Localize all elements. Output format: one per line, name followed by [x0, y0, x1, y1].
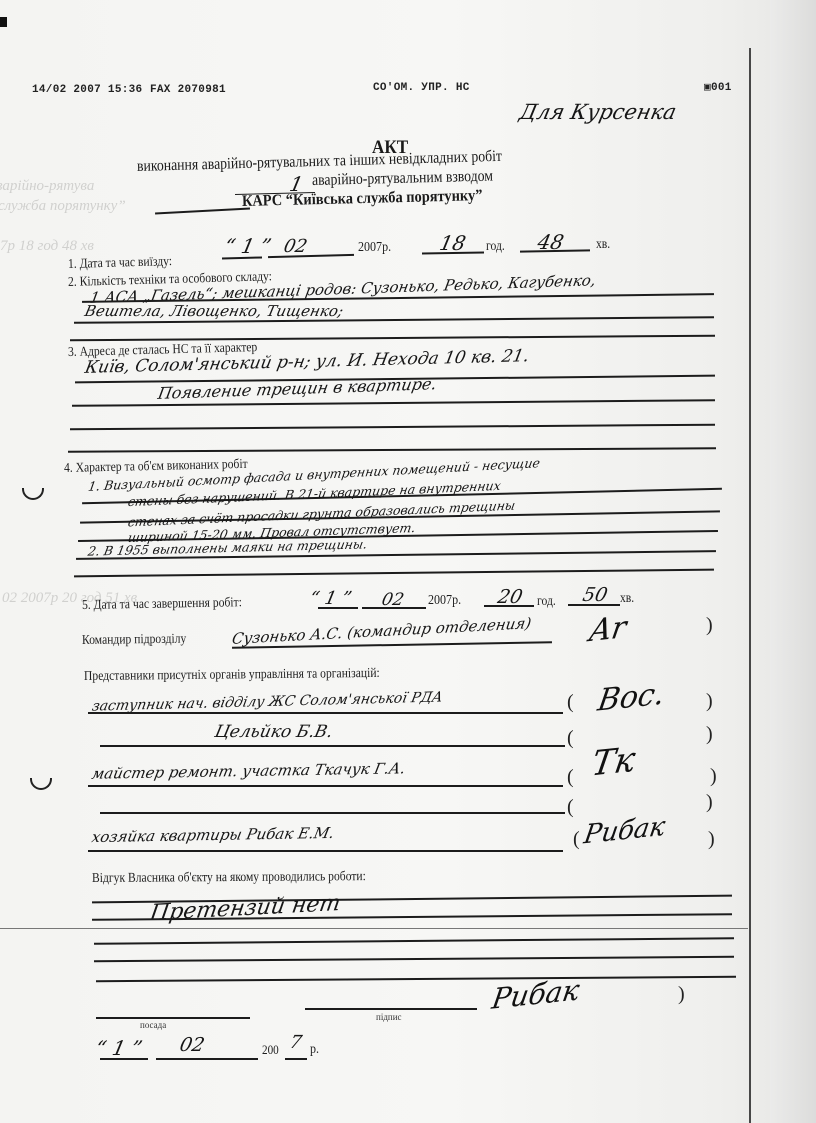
- form-rule: [88, 712, 563, 714]
- form-rule: [285, 1058, 307, 1060]
- form-rule: [100, 745, 565, 747]
- form-rule: [318, 607, 358, 609]
- paren: (: [567, 727, 574, 750]
- form-rule: [484, 605, 534, 607]
- form-rule: [568, 604, 620, 606]
- form-rule: [74, 569, 714, 578]
- representative-entry: Цельйко Б.В.: [213, 722, 335, 742]
- owner-feedback-value: Претензий нет: [148, 891, 342, 926]
- form-rule: [68, 447, 716, 452]
- form-rule: [70, 335, 715, 342]
- representatives-label: Представники присутніх органів управлінн…: [84, 665, 380, 684]
- position-caption: посада: [140, 1020, 166, 1030]
- bleed-through-text: служба порятунку”: [0, 198, 126, 215]
- form-rule: [88, 850, 563, 852]
- fax-number: FAX 2070981: [150, 84, 226, 96]
- paren: ): [710, 765, 717, 788]
- departure-label: 1. Дата та час виїзду:: [68, 253, 172, 272]
- title-line-3: КАРС “Київська служба порятунку”: [242, 187, 483, 211]
- form-rule: [100, 1058, 148, 1060]
- completion-day: “ 1 ”: [308, 588, 354, 609]
- representative-signature: Тк: [589, 739, 638, 784]
- signature-caption: підпис: [376, 1012, 402, 1022]
- fax-datetime: 14/02 2007 15:36: [32, 84, 142, 96]
- paren: (: [573, 828, 580, 851]
- hour-unit: год.: [486, 238, 505, 254]
- final-date-year-unit: р.: [310, 1042, 319, 1058]
- paren: (: [567, 766, 574, 789]
- scan-edge: [770, 0, 816, 1123]
- representative-entry: заступник нач. відділу ЖС Солом'янської …: [91, 689, 445, 714]
- final-date-year-suffix: 7: [288, 1032, 304, 1053]
- fax-margin-line: [749, 48, 751, 1123]
- final-date-month: 02: [178, 1034, 207, 1056]
- minute-unit: хв.: [620, 590, 634, 606]
- bleed-through-text: варійно-рятува: [0, 178, 94, 195]
- commander-label: Командир підрозділу: [82, 631, 186, 648]
- form-rule: [88, 785, 563, 787]
- form-rule: [94, 956, 734, 962]
- departure-year: 2007р.: [358, 240, 391, 256]
- representative-signature: Рибак: [582, 811, 668, 850]
- form-rule: [268, 254, 354, 258]
- fax-page-icon: ▣: [704, 82, 711, 94]
- form-rule: [70, 424, 715, 431]
- scan-corner-mark: [0, 17, 7, 27]
- scan-mark: [30, 778, 52, 790]
- paren: ): [708, 828, 715, 851]
- fax-sender: CO'OM. УПР. НС: [373, 82, 470, 94]
- incident-description: Появление трещин в квартире.: [156, 374, 438, 403]
- form-rule: [222, 256, 262, 259]
- paren: ): [678, 983, 685, 1006]
- handwritten-note: Для Курсенка: [517, 100, 678, 124]
- paren: ): [706, 614, 713, 637]
- form-rule: [100, 812, 565, 814]
- commander-signature: Ar: [587, 610, 628, 650]
- departure-day: “ 1 ”: [222, 234, 273, 258]
- document-page: варійно-рятува служба порятунку” 7р 18 г…: [0, 0, 816, 1123]
- signature-line: [305, 1008, 477, 1010]
- fax-dotted-line: [0, 928, 748, 929]
- bleed-through-text: 7р 18 год 48 хв: [0, 238, 94, 255]
- form-rule: [156, 1058, 258, 1060]
- crew-line: Вештела, Лівощенко, Тищенко;: [83, 302, 345, 320]
- paren: ): [706, 690, 713, 713]
- minute-unit: хв.: [596, 236, 610, 252]
- departure-month: 02: [282, 236, 309, 257]
- representative-entry: хозяйка квартиры Рибак Е.М.: [90, 824, 336, 846]
- representative-entry: майстер ремонт. участка Ткачук Г.А.: [90, 759, 407, 783]
- representative-signature: Вос.: [595, 676, 667, 719]
- completion-minute: 50: [581, 584, 610, 606]
- title-rule: [155, 208, 250, 214]
- scan-mark: [22, 488, 44, 500]
- fax-page-number: ▣001: [704, 80, 732, 94]
- owner-signature: Рибак: [490, 973, 582, 1016]
- owner-feedback-label: Відгук Власника об'єкту на якому проводи…: [92, 868, 366, 886]
- paren: ): [706, 791, 713, 814]
- final-date-day: “ 1 ”: [93, 1036, 144, 1060]
- form-rule: [362, 607, 426, 609]
- position-line: [96, 1017, 250, 1019]
- final-date-year-prefix: 200: [262, 1042, 279, 1058]
- completion-label: 5. Дата та час завершення робіт:: [82, 594, 242, 613]
- form-rule: [96, 976, 736, 982]
- paren: ): [706, 723, 713, 746]
- form-rule: [94, 937, 734, 945]
- completion-year: 2007р.: [428, 593, 461, 609]
- paren: (: [567, 691, 574, 714]
- paren: (: [567, 796, 574, 819]
- hour-unit: год.: [537, 593, 556, 609]
